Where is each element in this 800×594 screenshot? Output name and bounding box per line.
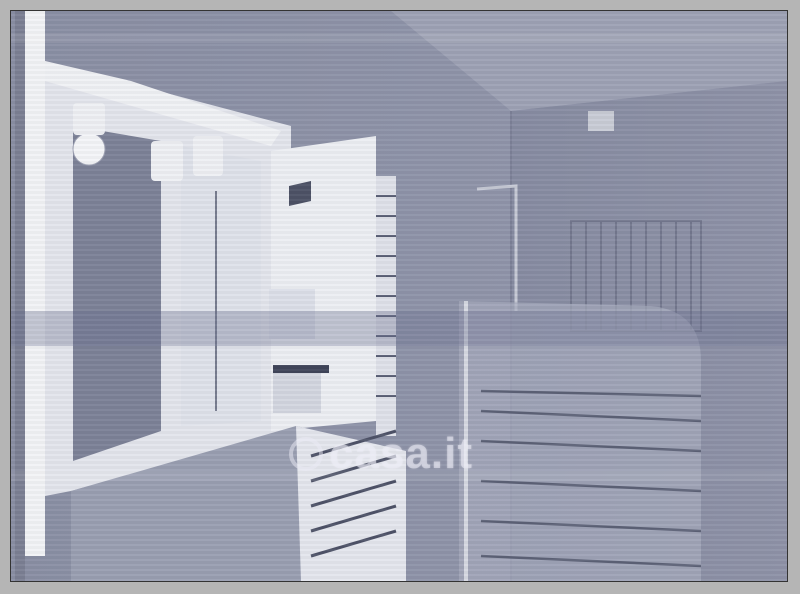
bathroom-photo: casa.it — [11, 11, 787, 581]
watermark: casa.it — [289, 429, 473, 479]
casa-logo-icon — [289, 437, 323, 471]
vent-icon — [588, 111, 614, 131]
bathroom-scene — [11, 11, 787, 581]
photo-frame: casa.it — [0, 0, 800, 594]
watermark-text: casa.it — [329, 429, 473, 479]
